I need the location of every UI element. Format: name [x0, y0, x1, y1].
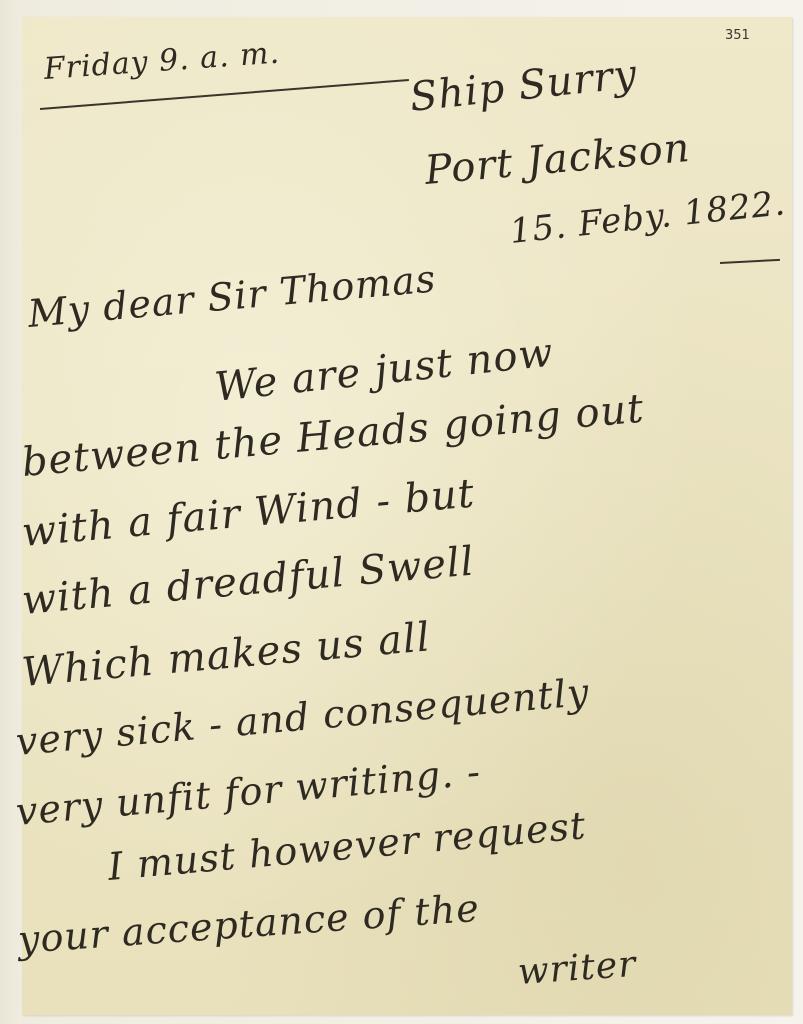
- folio-number: 351: [725, 28, 750, 43]
- body-line-10: writer: [517, 944, 638, 993]
